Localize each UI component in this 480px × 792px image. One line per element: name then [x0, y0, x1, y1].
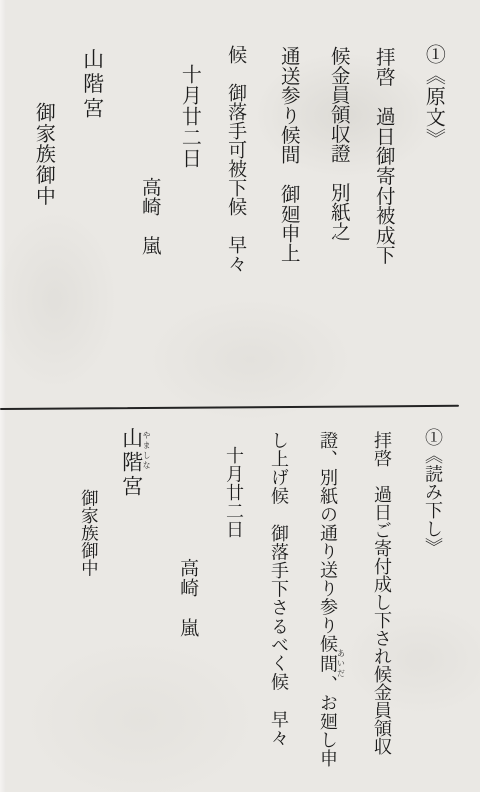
original-recipient-family: 御家族御中: [31, 102, 55, 206]
original-heading: ①《原文》: [421, 44, 445, 149]
reading-sender-name: 高崎 嵐: [176, 558, 199, 638]
reading-line-1: 拝啓 過日ご寄付成し下され候金員領収: [370, 431, 392, 755]
section-divider-rule: [0, 405, 459, 411]
original-sender-name: 高崎 嵐: [137, 177, 161, 255]
reading-recipient-family: 御家族御中: [78, 489, 99, 577]
scanned-document-page: ①《原文》 拝啓 過日御寄付被成下 候金員領収證 別紙之 通送参り候間 御廻申上…: [0, 0, 480, 792]
original-line-4: 候 御落手可被下候 早々: [224, 45, 247, 273]
reading-recipient-name: 山階やましな宮: [118, 427, 151, 499]
original-line-3: 通送参り候間 御廻申上: [276, 46, 300, 263]
original-line-2: 候金員領収證 別紙之: [326, 46, 350, 241]
reading-date: 十月廿二日: [222, 446, 244, 539]
reading-line-3: し上げ候 御落手下さるべく候 早々: [267, 431, 289, 747]
original-line-1: 拝啓 過日御寄付被成下: [371, 47, 395, 265]
reading-heading: ①《読み下し》: [421, 428, 443, 556]
reading-line-2: 證、別紙の通り送り参り候間あいだ、お廻し申: [316, 431, 345, 768]
original-date: 十月廿二日: [177, 64, 201, 169]
original-recipient-name: 山階宮: [79, 48, 105, 122]
